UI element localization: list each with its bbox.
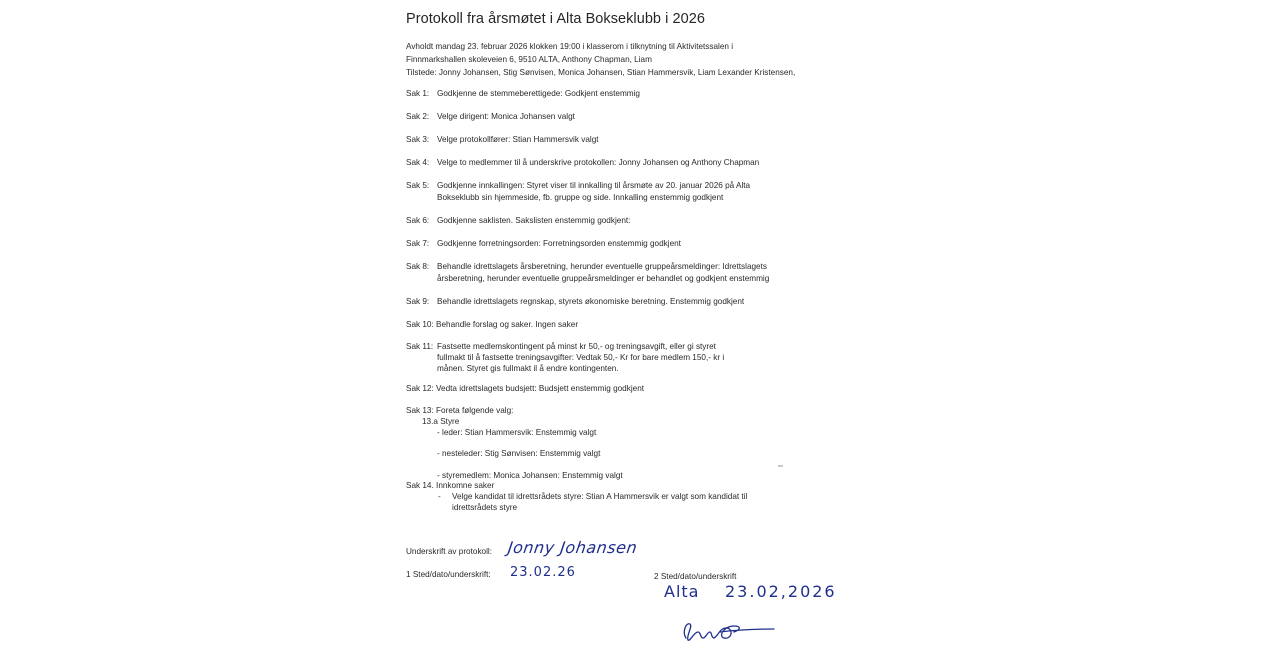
item-text: Behandle idrettslagets årsberetning, her… <box>437 261 767 273</box>
item-text: Behandle idrettslagets regnskap, styrets… <box>437 296 744 308</box>
signature2-place: Alta <box>664 582 699 601</box>
item-text: Godkjenne de stemmeberettigede: Godkjent… <box>437 88 640 100</box>
item-text: Godkjenne forretningsorden: Forretningso… <box>437 238 681 250</box>
protocol-signature: Jonny Johansen <box>507 538 639 557</box>
item-text: Bokseklubb sin hjemmeside, fb. gruppe og… <box>437 192 723 204</box>
item-label: Sak 4: <box>406 157 429 169</box>
signature2-date: 23.02,2026 <box>725 582 837 601</box>
document-title: Protokoll fra årsmøtet i Alta Bokseklubb… <box>406 11 705 27</box>
item-label: Sak 9: <box>406 296 429 308</box>
item-label: Sak 5: <box>406 180 429 192</box>
sak14-text: idrettsrådets styre <box>452 502 517 514</box>
item-label: Sak 11: <box>406 341 433 353</box>
item-text: Sak 10: Behandle forslag og saker. Ingen… <box>406 319 578 331</box>
intro-line: Finnmarkshallen skoleveien 6, 9510 ALTA,… <box>406 54 795 67</box>
document-page: Protokoll fra årsmøtet i Alta Bokseklubb… <box>0 0 1270 665</box>
item-label: Sak 6: <box>406 215 429 227</box>
signature1-label: 1 Sted/dato/underskrift: <box>406 569 491 581</box>
election-entry: - nesteleder: Stig Sønvisen: Enstemmig v… <box>437 448 600 460</box>
item-label: Sak 2: <box>406 111 429 123</box>
item-text: Sak 12: Vedta idrettslagets budsjett: Bu… <box>406 383 644 395</box>
item-text: årsberetning, herunder eventuelle gruppe… <box>437 273 769 285</box>
bullet: - <box>438 491 441 503</box>
intro-line: Avholdt mandag 23. februar 2026 klokken … <box>406 41 795 54</box>
item-label: Sak 8: <box>406 261 429 273</box>
election-entry: - leder: Stian Hammersvik: Enstemmig val… <box>437 427 596 439</box>
item-text: Godkjenne innkallingen: Styret viser til… <box>437 180 750 192</box>
meeting-intro: Avholdt mandag 23. februar 2026 klokken … <box>406 41 795 79</box>
item-label: Sak 3: <box>406 134 429 146</box>
signature1-date: 23.02.26 <box>510 565 576 580</box>
item-text: Godkjenne saklisten. Sakslisten enstemmi… <box>437 215 630 227</box>
item-text: Velge protokollfører: Stian Hammersvik v… <box>437 134 599 146</box>
item-label: Sak 7: <box>406 238 429 250</box>
item-text: Velge dirigent: Monica Johansen valgt <box>437 111 575 123</box>
item-text: månen. Styret gis fullmakt il å endre ko… <box>437 363 619 375</box>
scan-smudge <box>778 465 783 467</box>
signature2-scribble <box>680 618 780 644</box>
protocol-signature-label: Underskrift av protokoll: <box>406 546 492 558</box>
item-label: Sak 1: <box>406 88 429 100</box>
item-text: Velge to medlemmer til å underskrive pro… <box>437 157 759 169</box>
attendees-line: Tilstede: Jonny Johansen, Stig Sønvisen,… <box>406 67 795 80</box>
